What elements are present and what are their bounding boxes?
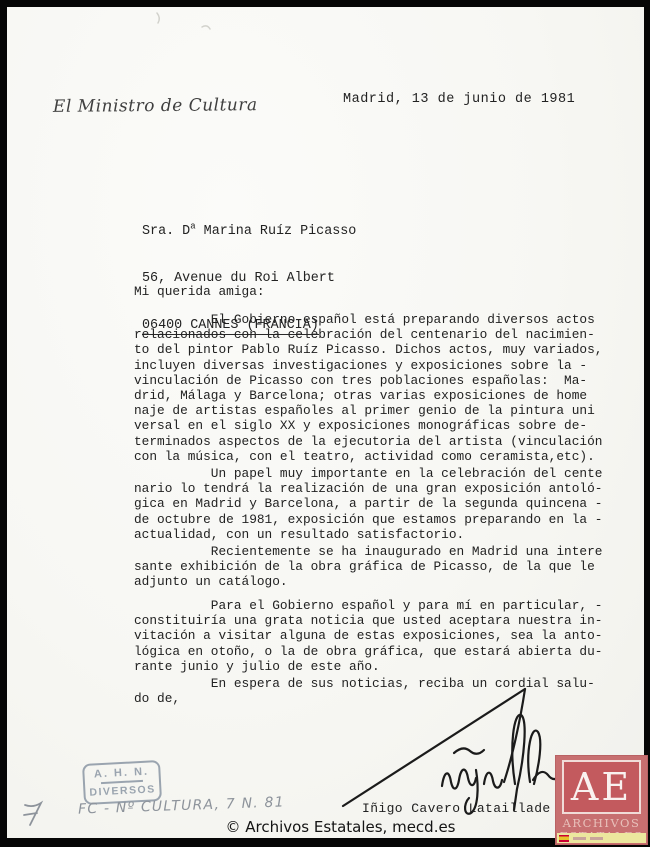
body-line: vitación a visitar alguna de estas expos… (134, 628, 602, 643)
paragraph-1: El Gobierno español está preparando dive… (134, 312, 602, 464)
body-line: gica en Madrid y Barcelona, a partir de … (134, 496, 602, 511)
paragraph-2: Un papel muy importante en la celebració… (134, 466, 602, 542)
spain-flag-icon (559, 835, 569, 842)
body-line: de octubre de 1981, exposición que estam… (134, 512, 602, 527)
body-line: Para el Gobierno español y para mí en pa… (134, 598, 602, 613)
body-line: Un papel muy importante en la celebració… (134, 466, 602, 481)
stamp-line2: DIVERSOS (89, 783, 156, 798)
faint-pencil-marks (147, 7, 217, 42)
body-line: vinculación de Picasso con tres poblacio… (134, 373, 602, 388)
body-line: terminados aspectos de la ejecutoria del… (134, 434, 602, 449)
body-line: adjunto un catálogo. (134, 574, 602, 589)
body-line: constituiría una grata noticia que usted… (134, 613, 602, 628)
copyright-caption: © Archivos Estatales, mecd.es (7, 818, 644, 836)
body-line: con la música, con el teatro, actividad … (134, 449, 602, 464)
salutation: Mi querida amiga: (134, 284, 265, 299)
body-line: rante junio y julio de este año. (134, 659, 602, 674)
body-line: actualidad, con un resultado satisfactor… (134, 527, 602, 542)
archivos-estatales-logo: AE ARCHIVOS ESTATALES (555, 755, 648, 845)
letter-paper: El Ministro de Cultura Madrid, 13 de jun… (7, 7, 644, 838)
ae-initials: AE (562, 760, 641, 814)
body-line: naje de artistas españoles al primer gen… (134, 403, 602, 418)
body-line: nario lo tendrá la realización de una gr… (134, 481, 602, 496)
body-line: sante exhibición de la obra gráfica de P… (134, 559, 602, 574)
body-line: versal en el siglo XX y exposiciones mon… (134, 418, 602, 433)
body-line: Recientemente se ha inaugurado en Madrid… (134, 544, 602, 559)
body-line: incluyen diversas investigaciones y expo… (134, 358, 602, 373)
body-line: relacionados con la celebración del cent… (134, 327, 602, 342)
body-line: to del pintor Pablo Ruíz Picasso. Dichos… (134, 342, 602, 357)
spain-government-logo (557, 833, 646, 843)
recipient-name-line: Sra. Da Marina Ruíz Picasso (142, 224, 356, 240)
paragraph-3: Recientemente se ha inaugurado en Madrid… (134, 544, 602, 590)
scanned-letter-page: El Ministro de Cultura Madrid, 13 de jun… (0, 0, 650, 847)
body-line: El Gobierno español está preparando dive… (134, 312, 602, 327)
body-line: drid, Málaga y Barcelona; otras varias e… (134, 388, 602, 403)
archive-stamp: A. H. N. DIVERSOS (82, 760, 162, 805)
signature-typed-name: Iñigo Cavero Lataillade (362, 801, 551, 816)
date-line: Madrid, 13 de junio de 1981 (343, 92, 575, 107)
letterhead-title: El Ministro de Cultura (53, 95, 258, 117)
stamp-line1: A. H. N. (88, 765, 155, 780)
paragraph-4: Para el Gobierno español y para mí en pa… (134, 598, 602, 674)
body-line: lógica en otoño, o la de obra gráfica, q… (134, 644, 602, 659)
